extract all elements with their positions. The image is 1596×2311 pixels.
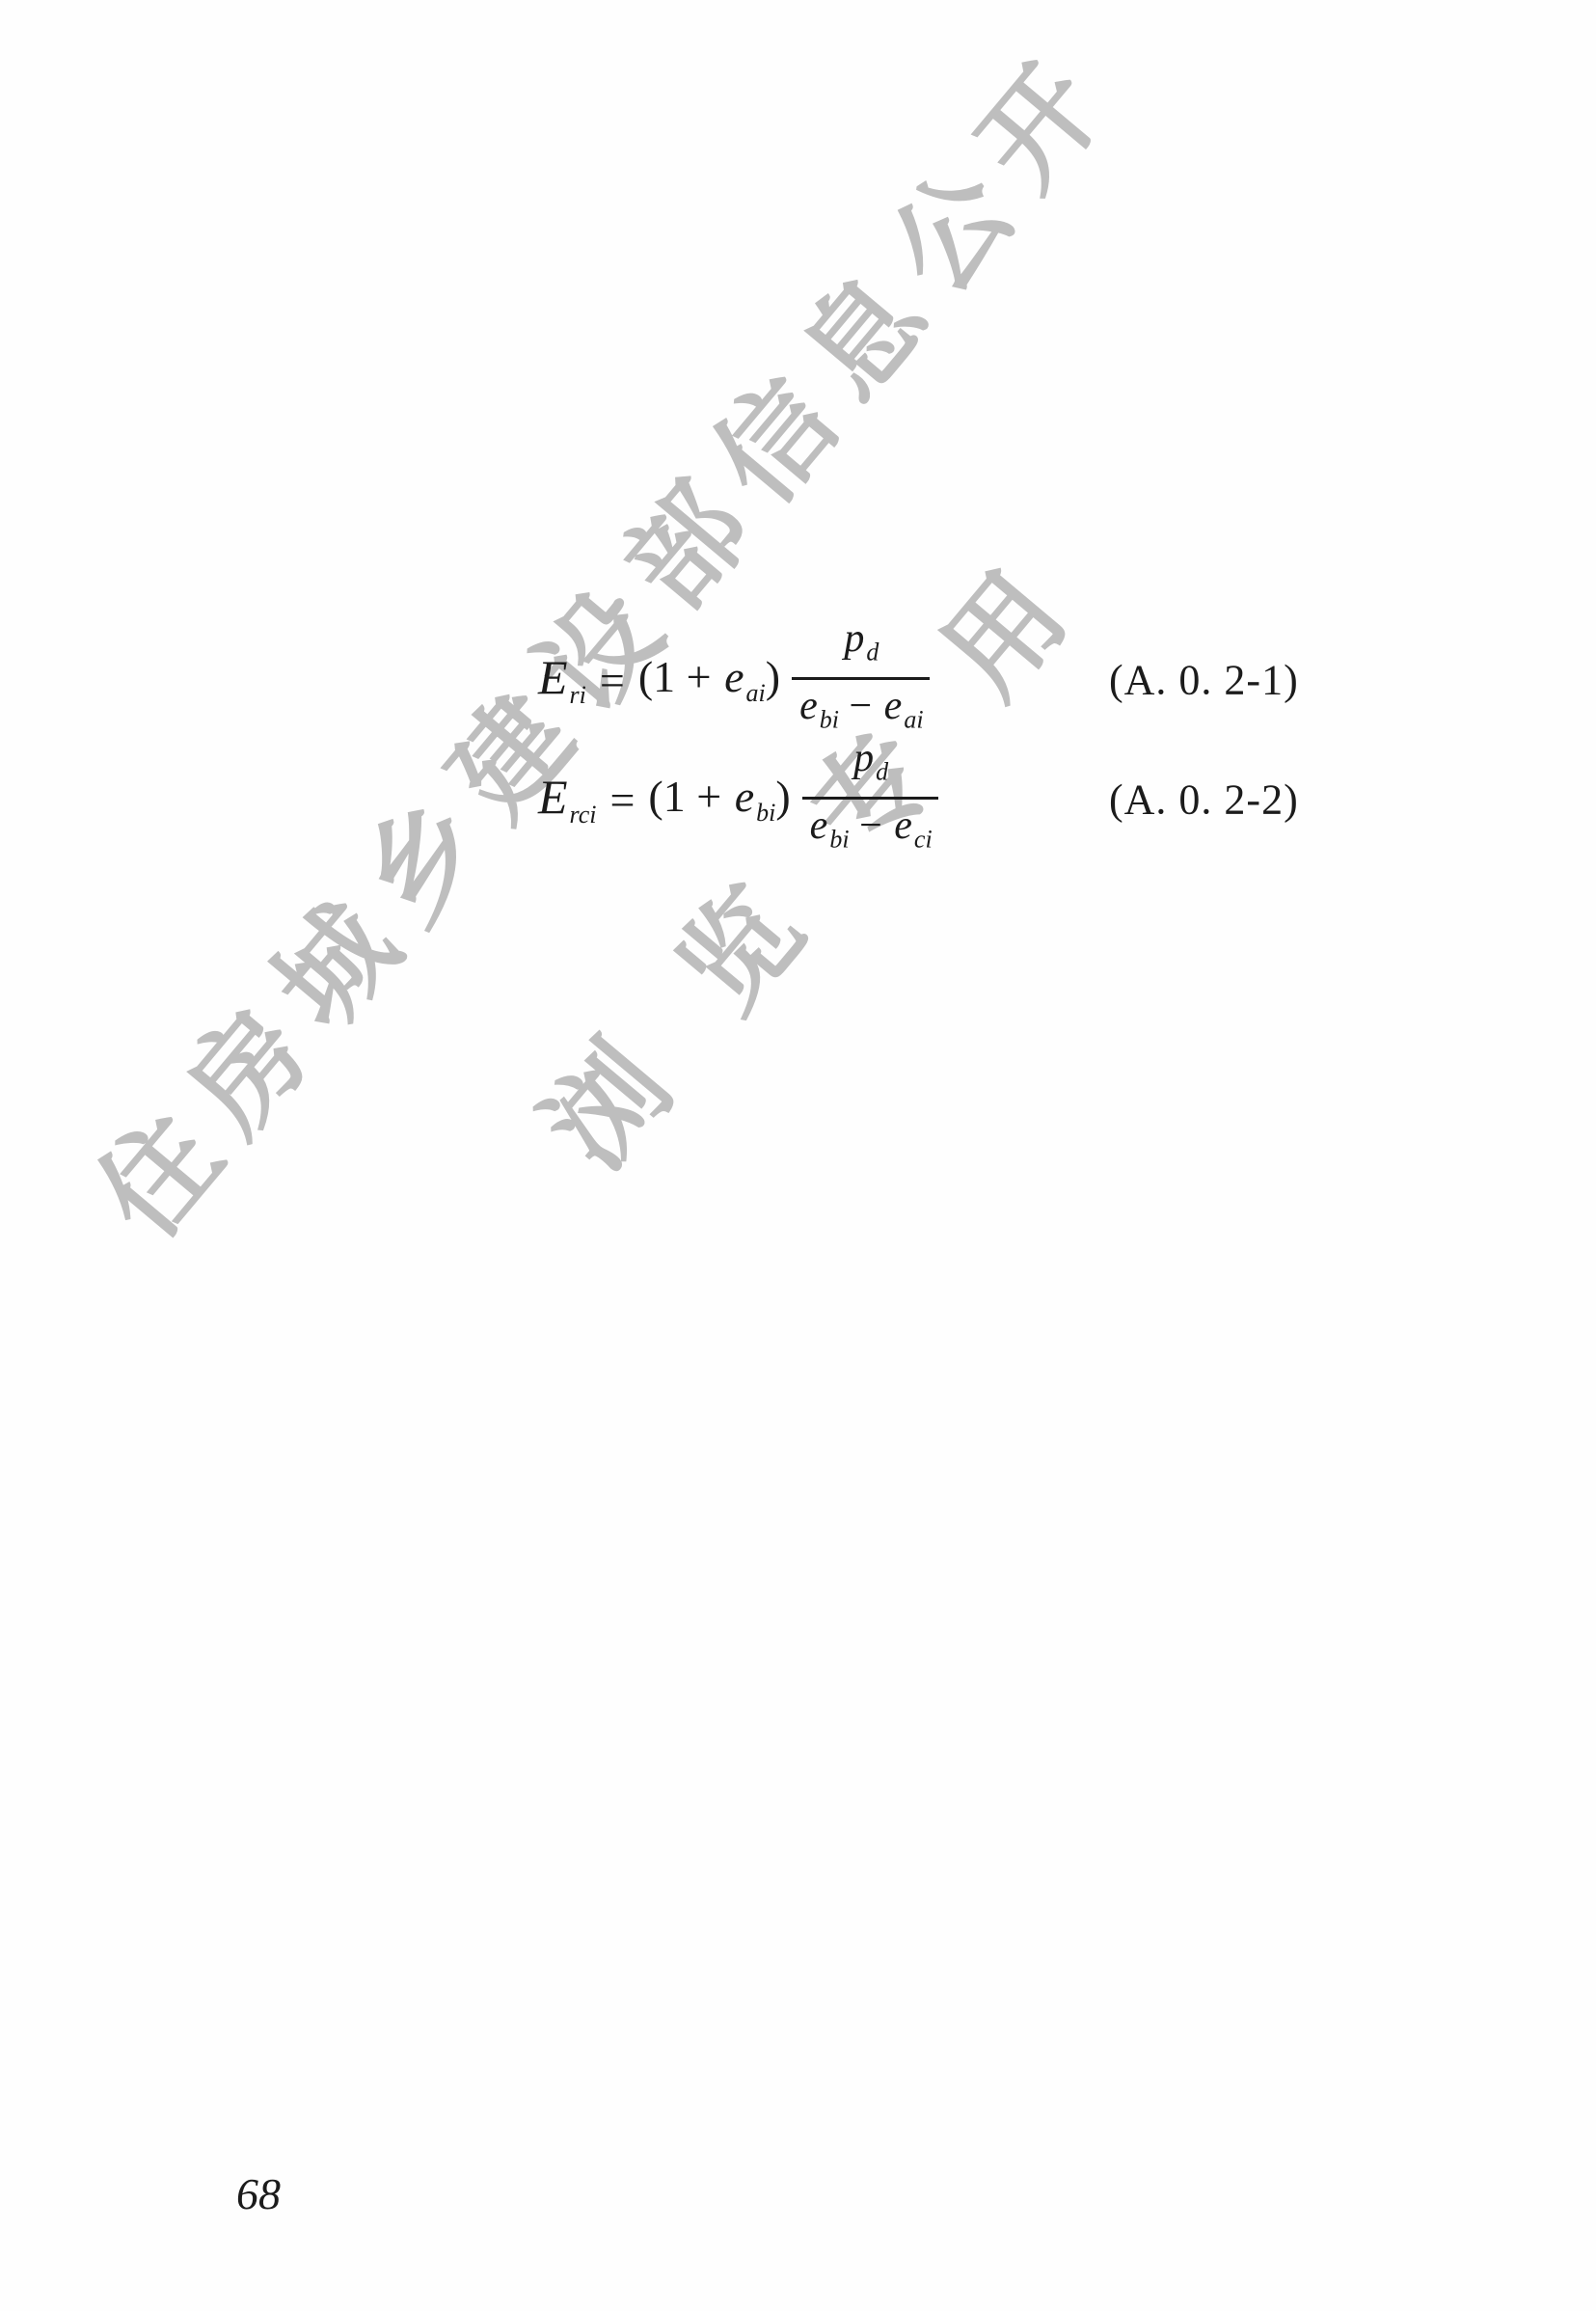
fraction-denominator: ebi − eci (802, 800, 938, 865)
equals-sign: = (600, 655, 625, 706)
formula-parenthesis: (1 + ebi) (648, 771, 790, 828)
formula-recompression-modulus: Erci = (1 + ebi) pd ebi − eci (A. 0. 2-2… (536, 737, 938, 862)
formula-lhs: Eri (536, 649, 586, 710)
fraction-numerator: pd (832, 614, 888, 676)
equation-number: (A. 0. 2-1) (1109, 656, 1299, 705)
formula-rebound-modulus: Eri = (1 + eai) pd ebi − eai (A. 0. 2-1) (536, 617, 930, 743)
page-number: 68 (236, 2168, 281, 2219)
formula-lhs: Erci (536, 769, 596, 829)
fraction: pd ebi − eai (792, 614, 929, 746)
equals-sign: = (609, 775, 635, 826)
equation-number: (A. 0. 2-2) (1109, 775, 1299, 825)
fraction-numerator: pd (842, 734, 898, 796)
fraction: pd ebi − eci (802, 734, 938, 865)
document-page: 住房城乡建设部信息公开 浏览专用 Eri = (1 + eai) pd ebi … (0, 0, 1596, 2311)
formula-parenthesis: (1 + eai) (638, 651, 780, 708)
